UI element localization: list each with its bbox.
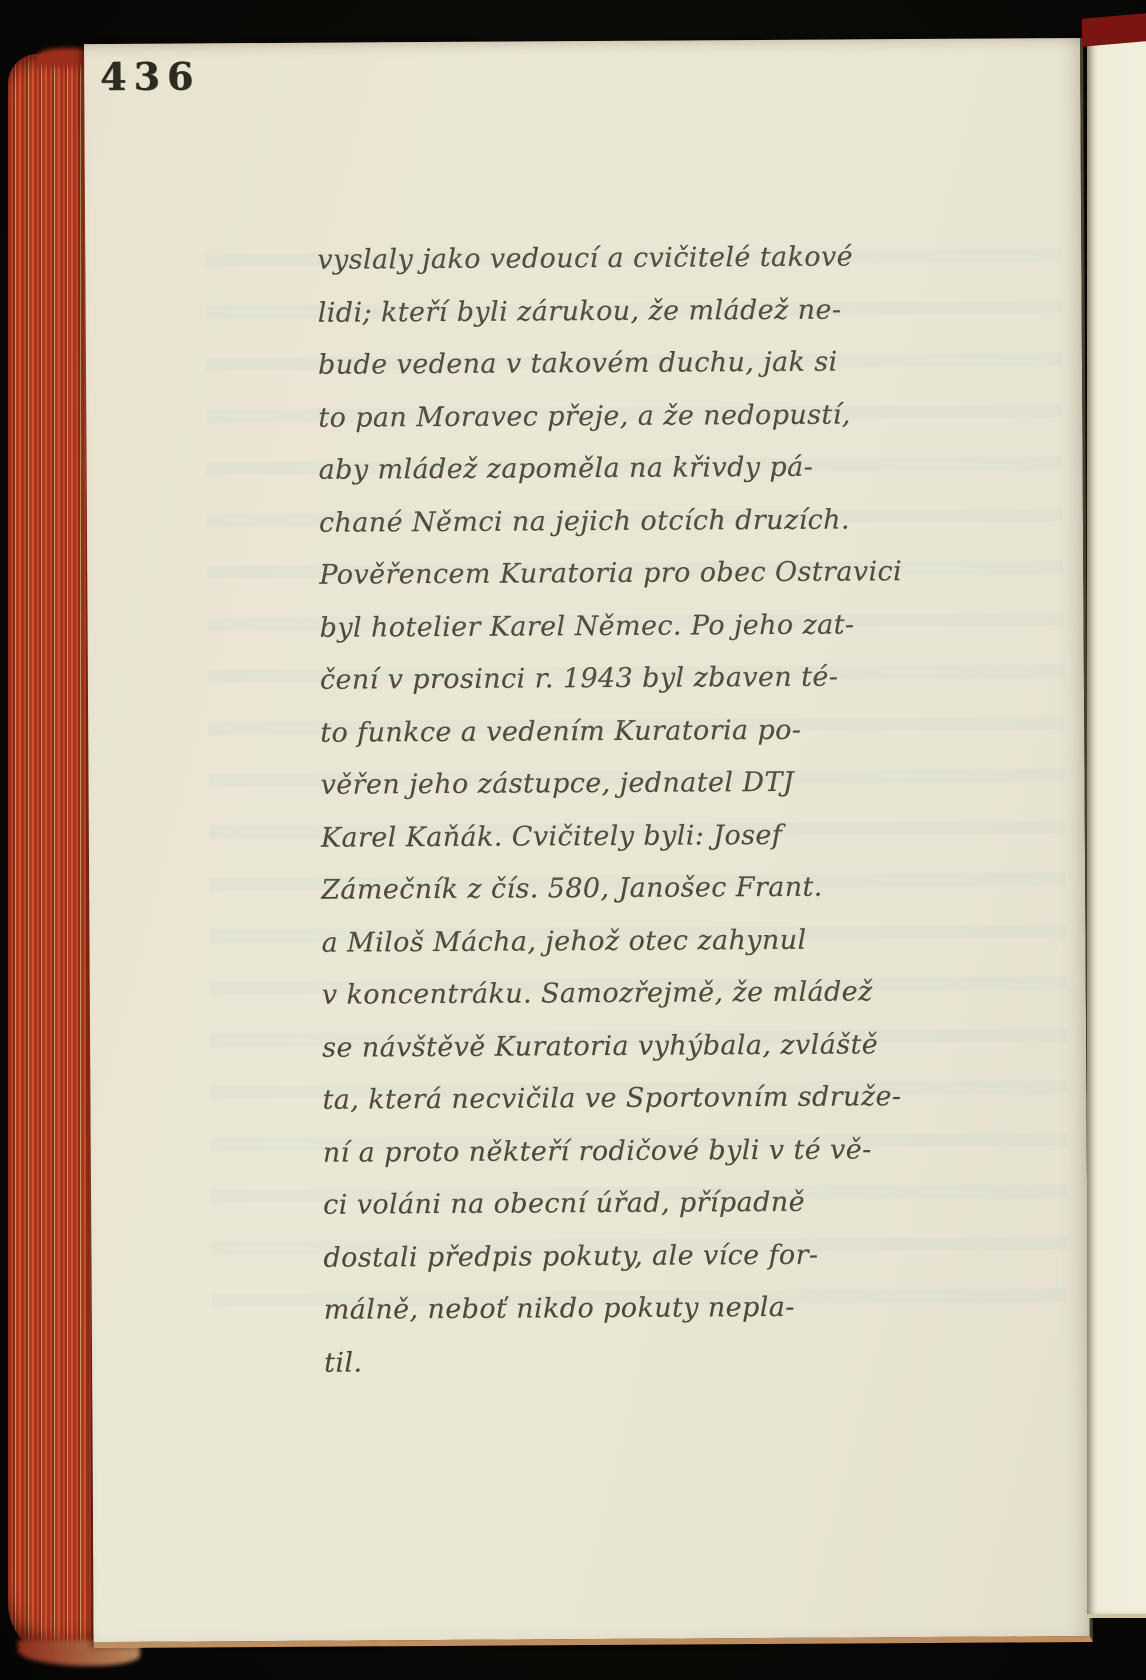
chronicle-page: 436 vyslaly jako vedoucí a cvičitelé tak… bbox=[84, 38, 1093, 1648]
text-line: til. bbox=[324, 1333, 964, 1389]
page-number-stamp: 436 bbox=[100, 53, 201, 99]
text-line: a Miloš Mácha, jehož otec zahynul bbox=[321, 913, 961, 969]
text-line: to pan Moravec přeje, a že nedopustí, bbox=[318, 388, 958, 444]
text-line: Pověřencem Kuratoria pro obec Ostravici bbox=[319, 546, 959, 602]
text-line: dostali předpis pokuty, ale více for- bbox=[323, 1228, 963, 1284]
book-photo: 436 vyslaly jako vedoucí a cvičitelé tak… bbox=[0, 0, 1146, 1680]
text-line: Zámečník z čís. 580, Janošec Frant. bbox=[321, 861, 961, 917]
text-line: aby mládež zapoměla na křivdy pá- bbox=[318, 441, 958, 497]
text-line: v koncentráku. Samozřejmě, že mládež bbox=[322, 966, 962, 1022]
next-page-edge bbox=[1087, 34, 1146, 1618]
handwritten-text: vyslaly jako vedoucí a cvičitelé takovél… bbox=[317, 231, 964, 1390]
text-line: ci voláni na obecní úřad, případně bbox=[323, 1176, 963, 1232]
text-line: se návštěvě Kuratoria vyhýbala, zvláště bbox=[322, 1018, 962, 1074]
text-line: čení v prosinci r. 1943 byl zbaven té- bbox=[320, 651, 960, 707]
text-line: vyslaly jako vedoucí a cvičitelé takové bbox=[317, 231, 957, 287]
text-line: málně, neboť nikdo pokuty nepla- bbox=[324, 1281, 964, 1337]
text-line: věřen jeho zástupce, jednatel DTJ bbox=[320, 756, 960, 812]
text-line: bude vedena v takovém duchu, jak si bbox=[318, 336, 958, 392]
text-line: ta, která necvičila ve Sportovním sdruže… bbox=[322, 1071, 962, 1127]
text-line: chané Němci na jejich otcích druzích. bbox=[319, 493, 959, 549]
text-line: byl hotelier Karel Němec. Po jeho zat- bbox=[319, 598, 959, 654]
text-line: to funkce a vedením Kuratoria po- bbox=[320, 703, 960, 759]
book-cover-corner bbox=[1082, 13, 1146, 47]
text-line: lidi; kteří byli zárukou, že mládež ne- bbox=[318, 283, 958, 339]
text-line: ní a proto někteří rodičové byli v té vě… bbox=[323, 1123, 963, 1179]
text-line: Karel Kaňák. Cvičitely byli: Josef bbox=[321, 808, 961, 864]
